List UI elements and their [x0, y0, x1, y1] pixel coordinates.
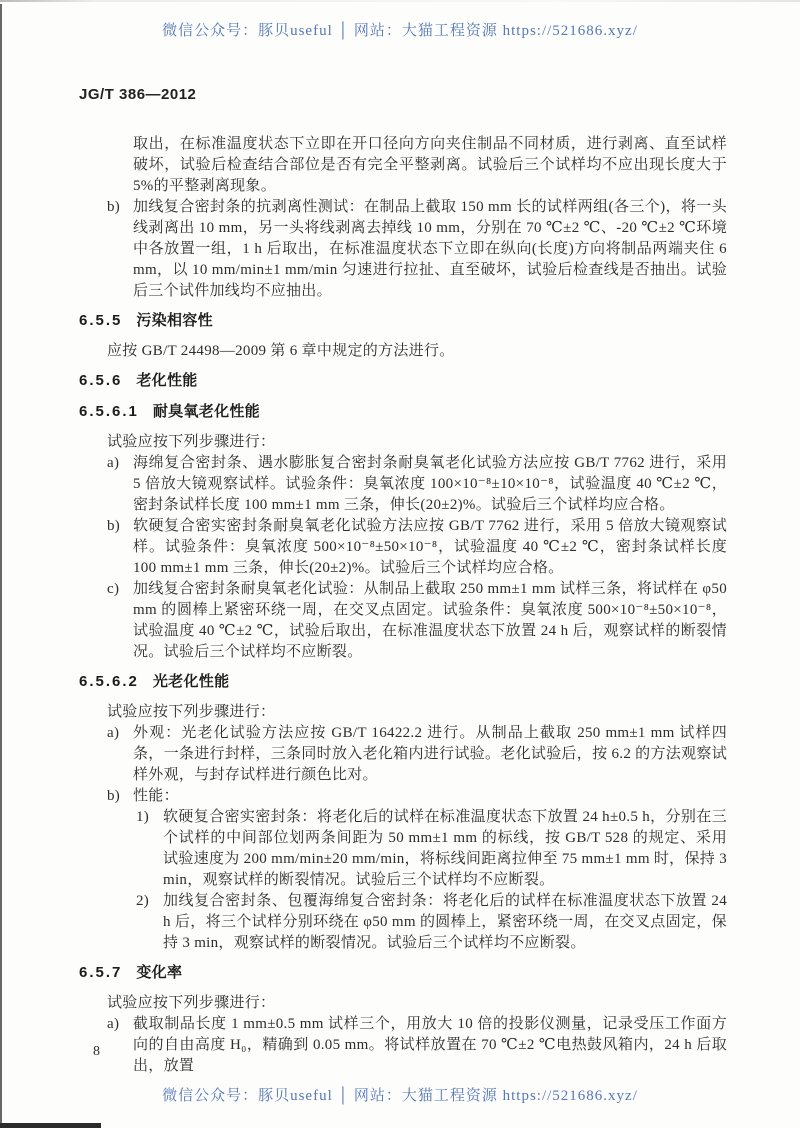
scan-edge-top: [0, 0, 800, 2]
section-heading: 6.5.6老化性能: [79, 370, 727, 391]
standard-number-header: JG/T 386—2012: [79, 86, 196, 103]
heading-number: 6.5.6: [79, 372, 122, 389]
heading-number: 6.5.6.2: [79, 673, 139, 690]
paragraph: 试验应按下列步骤进行：: [79, 993, 727, 1014]
heading-title: 污染相容性: [136, 312, 213, 329]
list-marker: a): [107, 453, 119, 474]
heading-title: 光老化性能: [153, 673, 230, 690]
list-marker: b): [107, 786, 120, 807]
section-heading: 6.5.5污染相容性: [79, 310, 727, 331]
paragraph-continuation: 取出，在标准温度状态下立即在开口径向方向夹住制品不同材质，进行剥离、直至试样破坏…: [79, 134, 727, 197]
list-marker: a): [107, 1014, 119, 1035]
list-item: 1)软硬复合密实密封条：将老化后的试样在标准温度状态下放置 24 h±0.5 h…: [79, 807, 727, 891]
list-text: 截取制品长度 1 mm±0.5 mm 试样三个，用放大 10 倍的投影仪测量，记…: [133, 1016, 727, 1074]
heading-title: 耐臭氧老化性能: [153, 403, 260, 420]
scan-edge-left: [0, 4, 2, 1128]
list-item: b)软硬复合密实密封条耐臭氧老化试验方法应按 GB/T 7762 进行，采用 5…: [79, 516, 727, 579]
list-marker: b): [107, 197, 120, 218]
list-item: b)性能：: [79, 786, 727, 807]
list-text: 加线复合密封条、包覆海绵复合密封条：将老化后的试样在标准温度状态下放置 24 h…: [163, 893, 727, 951]
document-page: 微信公众号：豚贝useful │ 网站：大猫工程资源 https://52168…: [0, 0, 800, 1128]
watermark-bottom: 微信公众号：豚贝useful │ 网站：大猫工程资源 https://52168…: [0, 1084, 800, 1105]
list-item: a)海绵复合密封条、遇水膨胀复合密封条耐臭氧老化试验方法应按 GB/T 7762…: [79, 453, 727, 516]
list-item: a)截取制品长度 1 mm±0.5 mm 试样三个，用放大 10 倍的投影仪测量…: [79, 1014, 727, 1077]
paragraph: 应按 GB/T 24498—2009 第 6 章中规定的方法进行。: [79, 341, 727, 362]
list-text: 加线复合密封条的抗剥离性测试：在制品上截取 150 mm 长的试样两组(各三个)…: [133, 199, 727, 299]
paragraph: 试验应按下列步骤进行：: [79, 432, 727, 453]
page-number: 8: [93, 1044, 100, 1060]
list-text: 软硬复合密实密封条耐臭氧老化试验方法应按 GB/T 7762 进行，采用 5 倍…: [133, 518, 727, 576]
list-text: 软硬复合密实密封条：将老化后的试样在标准温度状态下放置 24 h±0.5 h，分…: [163, 809, 727, 888]
heading-number: 6.5.6.1: [79, 403, 139, 420]
heading-title: 老化性能: [136, 372, 197, 389]
watermark-top: 微信公众号：豚贝useful │ 网站：大猫工程资源 https://52168…: [0, 19, 800, 40]
section-heading: 6.5.6.1耐臭氧老化性能: [79, 401, 727, 422]
scan-artifact-bottom-bar: [0, 1123, 101, 1128]
document-body: 取出，在标准温度状态下立即在开口径向方向夹住制品不同材质，进行剥离、直至试样破坏…: [79, 134, 727, 1077]
section-heading: 6.5.6.2光老化性能: [79, 671, 727, 692]
list-text: 加线复合密封条耐臭氧老化试验：从制品上截取 250 mm±1 mm 试样三条，将…: [133, 581, 727, 660]
list-item: a)外观：光老化试验方法应按 GB/T 16422.2 进行。从制品上截取 25…: [79, 723, 727, 786]
list-marker: 1): [136, 807, 149, 828]
paragraph: 试验应按下列步骤进行：: [79, 702, 727, 723]
list-marker: b): [107, 516, 120, 537]
list-marker: c): [107, 579, 119, 600]
heading-number: 6.5.5: [79, 312, 122, 329]
section-heading: 6.5.7变化率: [79, 962, 727, 983]
list-text: 外观：光老化试验方法应按 GB/T 16422.2 进行。从制品上截取 250 …: [133, 725, 727, 783]
list-item: b)加线复合密封条的抗剥离性测试：在制品上截取 150 mm 长的试样两组(各三…: [79, 197, 727, 302]
heading-number: 6.5.7: [79, 964, 122, 981]
list-item: c)加线复合密封条耐臭氧老化试验：从制品上截取 250 mm±1 mm 试样三条…: [79, 579, 727, 663]
list-text: 性能：: [133, 788, 179, 804]
list-marker: a): [107, 723, 119, 744]
list-marker: 2): [136, 891, 149, 912]
list-text: 海绵复合密封条、遇水膨胀复合密封条耐臭氧老化试验方法应按 GB/T 7762 进…: [133, 455, 727, 513]
heading-title: 变化率: [136, 964, 182, 981]
list-item: 2)加线复合密封条、包覆海绵复合密封条：将老化后的试样在标准温度状态下放置 24…: [79, 891, 727, 954]
